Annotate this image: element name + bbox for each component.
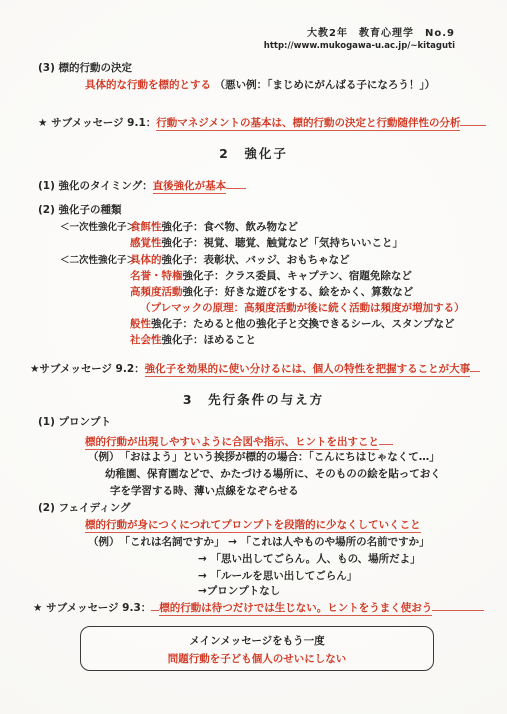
reinforcer-class-bracket: ＜二次性強化子＞ [60, 254, 130, 267]
reinforcer-type-red: 社会性 [130, 334, 162, 346]
reinforcer-type-desc: 強化子：視覚、聴覚、触覚など「気持ちいいこと」 [162, 237, 404, 249]
reinforcer-type-red: 具体的 [130, 254, 162, 266]
main-message-line1: メインメッセージをもう一度 [81, 633, 433, 648]
submessage-9-3-label: ★ サブメッセージ 9.3： [33, 602, 151, 614]
reinforcer-type-desc: 強化子：クラス委員、キャプテン、宿題免除など [183, 270, 412, 282]
fading-example-1: （例） 「これは名詞ですか」 → 「これは人やものや場所の名前ですか」 [88, 536, 430, 549]
header-course-title: 大教2年 教育心理学 No.9 [264, 24, 455, 39]
submessage-9-2-text: 強化子を効果的に使い分けるには、個人の特性を把握することが大事 [145, 363, 471, 377]
underline-tail [432, 599, 484, 611]
underline-tail [470, 360, 480, 372]
premack-note: （プレマックの原理：高頻度活動が後に続く活動は頻度が増加する） [140, 302, 465, 315]
underline-tail [460, 114, 486, 126]
prompt-point: 標的行動が出現しやすいように合図や指示、ヒントを出すこと [85, 433, 393, 449]
prompt-example-1: （例） 「おはよう」という挨拶が標的の場合：「こんにちはじゃなくて…」 [88, 451, 440, 464]
reinforcer-row: 感覚性強化子：視覚、聴覚、触覚など「気持ちいいこと」 [60, 237, 403, 250]
section2-heading: 2 強化子 [0, 147, 507, 160]
reinforcer-timing: (1) 強化のタイミング：直後強化が基本 [38, 177, 246, 193]
reinforcer-type-desc: 強化子：ほめること [162, 334, 257, 346]
fading-point: 標的行動が身につくにつれてプロンプトを段階的に少なくしていくこと [85, 519, 421, 532]
prompt-example-2: 幼稚園、保育園などで、かたづける場所に、そのものの絵を貼っておく [105, 468, 441, 481]
underline-tail [226, 177, 246, 189]
reinforcer-row: ＜二次性強化子＞具体的強化子：表彰状、バッジ、おもちゃなど [60, 254, 350, 267]
submessage-9-3: ★ サブメッセージ 9.3：標的行動は待つだけでは生じない。ヒントをうまく使おう [33, 599, 484, 615]
reinforcer-row: 名誉・特権強化子：クラス委員、キャプテン、宿題免除など [60, 270, 412, 283]
fading-example-2: → 「思い出してごらん。人、もの、場所だよ」 [198, 553, 421, 566]
prompt-heading: (1) プロンプト [38, 416, 111, 429]
reinforcer-type-desc: 強化子：食べ物、飲み物など [162, 221, 299, 233]
reinforcer-type-red: 般性 [130, 318, 151, 330]
reinforcer-types-heading: (2) 強化子の種類 [38, 204, 122, 217]
scanned-handout-page: 大教2年 教育心理学 No.9 http://www.mukogawa-u.ac… [0, 0, 507, 714]
prompt-example-3: 字を学習する時、薄い点線をなぞらせる [110, 485, 299, 498]
submessage-9-2: ★サブメッセージ 9.2：強化子を効果的に使い分けるには、個人の特性を把握するこ… [30, 360, 480, 376]
section3-point: 具体的な行動を標的とする （悪い例：「まじめにがんばる子になろう！」） [85, 79, 435, 92]
underline-tail [379, 433, 393, 445]
reinforcer-row: ＜一次性強化子＞食餌性強化子：食べ物、飲み物など [60, 221, 298, 234]
reinforcer-timing-red: 直後強化が基本 [153, 180, 227, 194]
submessage-9-1: ★ サブメッセージ 9.1：行動マネジメントの基本は、標的行動の決定と行動随伴性… [38, 114, 486, 130]
fading-heading: (2) フェイディング [38, 502, 130, 515]
prompt-point-red: 標的行動が出現しやすいように合図や指示、ヒントを出すこと [85, 436, 379, 450]
reinforcer-type-red: 名誉・特権 [130, 270, 183, 282]
reinforcer-timing-label: (1) 強化のタイミング： [38, 180, 153, 192]
section3-heading: (3) 標的行動の決定 [38, 62, 132, 75]
submessage-9-2-label: ★サブメッセージ 9.2： [30, 363, 145, 375]
submessage-9-3-text: 標的行動は待つだけでは生じない。ヒントをうまく使おう [159, 602, 432, 616]
reinforcer-type-desc: 強化子：表彰状、バッジ、おもちゃなど [162, 254, 350, 266]
main-message-box: メインメッセージをもう一度 問題行動を子ども個人のせいにしない [80, 626, 434, 671]
submessage-9-1-label: ★ サブメッセージ 9.1： [38, 117, 156, 129]
fading-example-4: →プロンプトなし [198, 585, 280, 598]
section3-point-red: 具体的な行動を標的とする [85, 79, 211, 91]
reinforcer-type-desc: 強化子：好きな遊びをする、絵をかく、算数など [183, 286, 414, 298]
reinforcer-type-red: 食餌性 [130, 221, 162, 233]
reinforcer-class-bracket: ＜一次性強化子＞ [60, 221, 130, 234]
page-header: 大教2年 教育心理学 No.9 http://www.mukogawa-u.ac… [264, 24, 455, 51]
reinforcer-row: 般性強化子：ためると他の強化子と交換できるシール、スタンプなど [130, 318, 454, 331]
reinforcer-type-red: 感覚性 [130, 237, 162, 249]
fading-point-red: 標的行動が身につくにつれてプロンプトを段階的に少なくしていくこと [85, 519, 421, 533]
header-url: http://www.mukogawa-u.ac.jp/~kitaguti [264, 41, 455, 51]
reinforcer-row: 社会性強化子：ほめること [130, 334, 256, 347]
section3-point-note: （悪い例：「まじめにがんばる子になろう！」） [215, 79, 436, 91]
reinforcer-type-red: 高頻度活動 [130, 286, 183, 298]
main-message-line2: 問題行動を子ども個人のせいにしない [81, 651, 433, 666]
fading-example-3: → 「ルールを思い出してごらん」 [198, 570, 357, 583]
submessage-9-1-text: 行動マネジメントの基本は、標的行動の決定と行動随伴性の分析 [156, 117, 460, 131]
reinforcer-type-desc: 強化子：ためると他の強化子と交換できるシール、スタンプなど [151, 318, 454, 330]
section3-antecedent-heading: 3 先行条件の与え方 [0, 393, 507, 406]
reinforcer-row: 高頻度活動強化子：好きな遊びをする、絵をかく、算数など [60, 286, 413, 299]
